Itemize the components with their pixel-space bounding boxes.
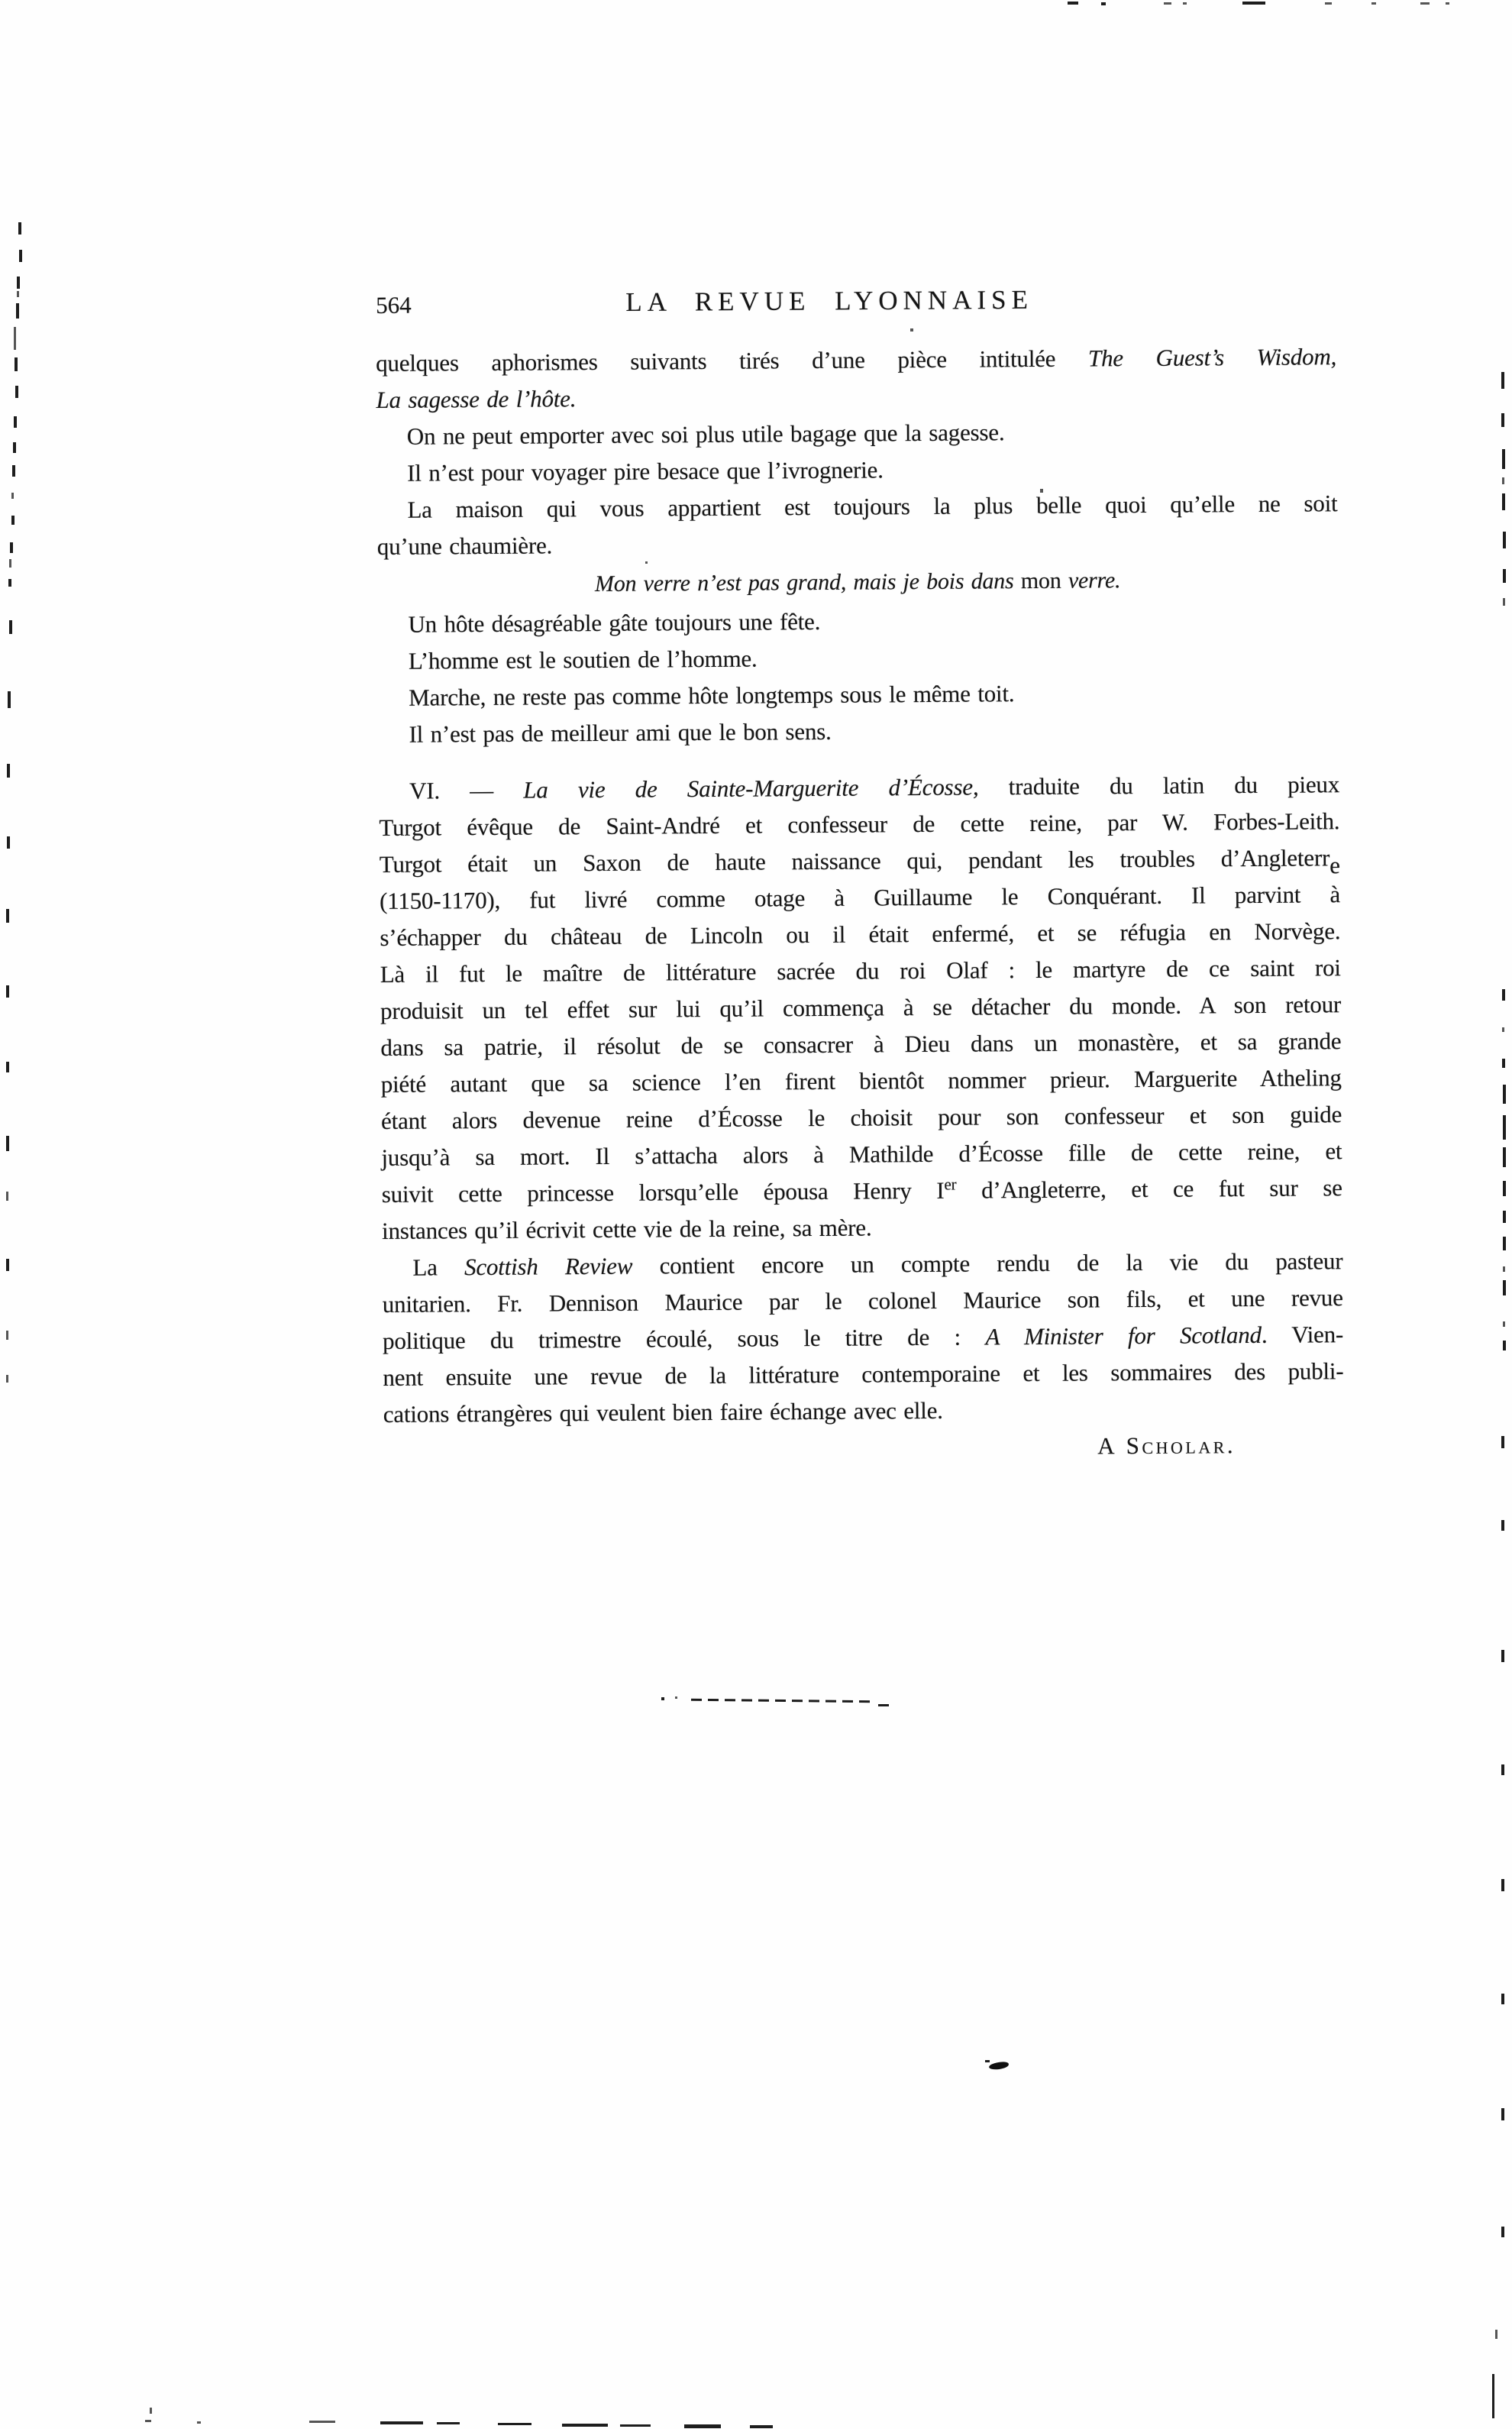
text-line: Il n’est pour voyager pire besace que l’… — [376, 448, 1337, 492]
scan-artifact-left-tick — [6, 985, 9, 998]
proverb-line: Mon verre n’est pas grand, mais je bois … — [377, 561, 1338, 604]
text-line: Un hôte désagréable gâte toujours une fê… — [377, 600, 1338, 643]
text-segment: qu’une chaumière. — [377, 532, 553, 560]
scan-artifact-left-tick — [13, 442, 16, 453]
scan-artifact-right-tick — [1502, 1059, 1505, 1068]
scan-artifact-right-tick — [1502, 1027, 1504, 1032]
text-segment: produisit un tel effet sur lui qu’il com… — [380, 991, 1341, 1024]
text-line: VI. — La vie de Sainte-Marguerite d’Écos… — [379, 766, 1339, 810]
text-segment: Un hôte désagréable gâte toujours une fê… — [408, 608, 820, 638]
scan-artifact-left-tick — [8, 691, 11, 708]
text-line: nent ensuite une revue de la littérature… — [383, 1353, 1343, 1396]
scan-artifact-left-tick — [16, 303, 19, 319]
scan-artifact-right-tick — [1503, 532, 1506, 548]
scanned-page: { "page": { "number": "564", "journal_ti… — [0, 0, 1512, 2429]
scan-artifact-bottom-dash — [620, 2424, 651, 2427]
scan-artifact-left-tick — [14, 416, 17, 428]
aphorism: L’homme est le soutien de l’homme. — [378, 636, 1339, 680]
scan-artifact-right-tick — [1501, 1879, 1504, 1891]
page-header: 564 LA REVUE LYONNAISE — [376, 283, 1336, 327]
scan-artifact-right-tick — [1501, 2227, 1504, 2237]
scan-artifact-right-tick — [1501, 1650, 1504, 1662]
scan-artifact-right-tick — [1503, 1321, 1505, 1327]
text-segment: d’Angleterre, et ce fut sur se — [956, 1174, 1342, 1204]
scan-artifact-bottom-dash — [437, 2422, 460, 2424]
scan-artifact-right-tick — [1503, 598, 1505, 606]
text-line: étant alors devenue reine d’Écosse le ch… — [381, 1096, 1342, 1140]
scan-artifact-right-tick — [1503, 1147, 1506, 1167]
aphorism: Un hôte désagréable gâte toujours une fê… — [377, 600, 1338, 643]
text-segment: piété autant que sa science l’en firent … — [381, 1064, 1342, 1098]
scan-artifact-top-dash — [1371, 2, 1376, 5]
text-segment: traduite du latin du pieux — [978, 771, 1339, 800]
text-segment: s’échapper du château de Lincoln ou il é… — [380, 917, 1340, 951]
scan-artifact-left-tick — [10, 542, 13, 553]
text-line: Turgot évêque de Saint-André et confesse… — [379, 803, 1339, 846]
text-line: La maison qui vous appartient est toujou… — [376, 485, 1337, 529]
text-line: Là il fut le maître de littérature sacré… — [380, 949, 1341, 993]
text-segment: nent ensuite une revue de la littérature… — [383, 1357, 1343, 1391]
scan-artifact-right-tick — [1501, 2108, 1504, 2120]
text-body: quelques aphorismes suivants tirés d’une… — [376, 338, 1344, 1465]
scan-artifact-speck — [1040, 489, 1043, 493]
text-segment: suivit cette princesse lorsqu’elle épous… — [382, 1177, 945, 1208]
scan-artifact-left-tick — [9, 620, 12, 634]
text-segment: La maison qui vous appartient est toujou… — [407, 490, 1337, 523]
scan-artifact-top-dash — [1101, 2, 1106, 5]
text-segment: instances qu’il écrivit cette vie de la … — [382, 1214, 872, 1244]
text-line: Turgot était un Saxon de haute naissance… — [380, 839, 1340, 883]
text-segment: On ne peut emporter avec soi plus utile … — [407, 419, 1005, 449]
journal-title: LA REVUE LYONNAISE — [376, 283, 1283, 319]
text-line: cations étrangères qui veulent bien fair… — [383, 1389, 1344, 1433]
scan-artifact-speck — [675, 1696, 677, 1699]
text-segment: (1150-1170), fut livré comme otage à Gui… — [380, 881, 1340, 914]
text-line: quelques aphorismes suivants tirés d’une… — [376, 338, 1336, 382]
text-line: dans sa patrie, il résolut de se consacr… — [380, 1023, 1341, 1066]
scan-artifact-bottom-dash — [150, 2408, 152, 2414]
text-segment: L’homme est le soutien de l’homme. — [409, 645, 758, 674]
scan-artifact-right-tick — [1501, 1994, 1504, 2004]
text-segment: e — [1329, 852, 1340, 878]
italic-text: A Minister for Scotland — [985, 1321, 1262, 1350]
scan-artifact-bottom-dash — [309, 2421, 335, 2423]
scan-artifact-bottom-dash — [197, 2421, 201, 2424]
text-segment: Là il fut le maître de littérature sacré… — [380, 954, 1341, 988]
scan-artifact-bottom-dash — [684, 2424, 721, 2428]
scan-artifact-left-tick — [6, 1062, 9, 1072]
italic-text: The Guest’s Wisdom, — [1088, 343, 1336, 371]
scan-artifact-right-tick — [1503, 1280, 1506, 1295]
scan-artifact-right-tick — [1501, 372, 1504, 389]
scan-artifact-left-tick — [8, 579, 11, 587]
italic-text: Scottish Review — [464, 1253, 632, 1281]
scan-artifact-left-tick — [7, 836, 10, 849]
aphorism: Marche, ne reste pas comme hôte longtemp… — [378, 673, 1339, 716]
scan-artifact-left-tick — [11, 516, 15, 525]
notice-vi: VI. — La vie de Sainte-Marguerite d’Écos… — [379, 766, 1342, 1250]
scan-artifact-right-tick — [1503, 1341, 1506, 1350]
scan-artifact-ink-blob — [989, 2061, 1010, 2071]
scan-artifact-bottom-dash — [498, 2423, 531, 2425]
text-line: Mon verre n’est pas grand, mais je bois … — [377, 561, 1338, 604]
text-line: piété autant que sa science l’en firent … — [381, 1059, 1342, 1103]
text-line: produisit un tel effet sur lui qu’il com… — [380, 986, 1341, 1030]
text-segment: Il n’est pas de meilleur ami que le bon … — [409, 718, 831, 748]
scan-artifact-left-tick — [17, 277, 20, 289]
scan-artifact-right-tick — [1502, 989, 1505, 1001]
scan-artifact-right-tick — [1503, 1237, 1506, 1250]
scan-artifact-left-tick — [7, 764, 10, 778]
text-line: La sagesse de l’hôte. — [376, 375, 1336, 419]
text-line: suivit cette princesse lorsqu’elle épous… — [382, 1169, 1342, 1213]
scan-artifact-right-tick — [1503, 1085, 1506, 1104]
text-segment: Turgot était un Saxon de haute naissance… — [380, 844, 1330, 878]
intro-paragraph: quelques aphorismes suivants tirés d’une… — [376, 338, 1337, 419]
text-segment: Il n’est pour voyager pire besace que l’… — [407, 456, 884, 486]
scan-artifact-right-tick — [1501, 1520, 1504, 1531]
text-line: Il n’est pas de meilleur ami que le bon … — [378, 710, 1339, 753]
signature: A Scholar. — [383, 1431, 1344, 1465]
scan-artifact-top-dash — [1325, 2, 1332, 5]
scan-artifact-left-tick — [6, 909, 9, 923]
scan-artifact-top-dash — [1164, 2, 1171, 5]
italic-text: verre. — [1068, 568, 1121, 593]
text-segment: La — [412, 1253, 464, 1280]
scan-artifact-top-dash — [1068, 2, 1078, 5]
text-line: instances qu’il écrivit cette vie de la … — [382, 1206, 1342, 1250]
text-segment: . Vien- — [1262, 1321, 1343, 1348]
text-line: jusqu’à sa mort. Il s’attacha alors à Ma… — [381, 1133, 1342, 1176]
aphorism: La maison qui vous appartient est toujou… — [376, 485, 1338, 565]
text-line: La Scottish Review contient encore un co… — [382, 1243, 1342, 1286]
text-line: qu’une chaumière. — [377, 522, 1338, 565]
aphorism: Il n’est pour voyager pire besace que l’… — [376, 448, 1337, 492]
scan-artifact-right-tick — [1501, 413, 1504, 427]
notice-scottish-review: La Scottish Review contient encore un co… — [382, 1243, 1344, 1433]
scan-artifact-speck — [645, 561, 648, 564]
text-line: L’homme est le soutien de l’homme. — [378, 636, 1339, 680]
text-segment: er — [944, 1175, 956, 1193]
scan-artifact-left-tick — [12, 465, 15, 477]
scan-artifact-left-tick — [6, 1192, 8, 1201]
text-line: (1150-1170), fut livré comme otage à Gui… — [380, 876, 1340, 920]
scan-artifact-top-dash — [1420, 2, 1430, 5]
scan-artifact-right-line — [1492, 2374, 1494, 2418]
scan-artifact-dash — [878, 1704, 889, 1706]
scan-artifact-right-tick — [1502, 493, 1505, 510]
scan-artifact-right-tick — [1502, 449, 1505, 469]
text-line: unitarien. Fr. Dennison Maurice par le c… — [383, 1279, 1343, 1323]
scan-artifact-bottom-dash — [380, 2421, 423, 2424]
scan-artifact-bottom-dash — [750, 2425, 773, 2428]
scan-artifact-top-dash — [1183, 2, 1187, 5]
text-segment: unitarien. Fr. Dennison Maurice par le c… — [383, 1284, 1343, 1318]
italic-text: La vie de Sainte-Marguerite d’Écosse, — [523, 774, 978, 804]
aphorism: Il n’est pas de meilleur ami que le bon … — [378, 710, 1339, 753]
scan-artifact-left-tick — [15, 357, 18, 371]
scan-artifact-left-tick — [6, 1375, 8, 1383]
scan-artifact-bottom-dash — [145, 2420, 151, 2422]
scan-artifact-right-tick — [1501, 1764, 1504, 1775]
scan-artifact-right-tick — [1503, 1211, 1506, 1223]
scan-artifact-right-tick — [1501, 1436, 1504, 1448]
scan-artifact-right-tick — [1502, 477, 1504, 484]
text-line: politique du trimestre écoulé, sous le t… — [383, 1316, 1343, 1360]
scan-artifact-left-tick — [17, 291, 19, 297]
scan-artifact-top-dash — [1446, 2, 1449, 5]
text-segment: dans sa patrie, il résolut de se consacr… — [380, 1027, 1341, 1061]
scan-artifact-left-tick — [6, 1136, 9, 1151]
scan-artifact-left-tick — [9, 559, 11, 568]
scan-artifact-right-tick — [1503, 1115, 1506, 1140]
scan-artifact-left-tick — [11, 493, 14, 499]
scan-artifact-right-tick — [1503, 569, 1506, 583]
text-segment: étant alors devenue reine d’Écosse le ch… — [381, 1101, 1342, 1134]
text-segment: politique du trimestre écoulé, sous le t… — [383, 1323, 986, 1354]
text-segment: VI. — — [409, 777, 523, 804]
text-segment: cations étrangères qui veulent bien fair… — [383, 1397, 943, 1428]
scan-artifact-speck — [910, 328, 913, 332]
scan-artifact-right-tick — [1503, 1181, 1506, 1196]
scan-artifact-left-tick — [18, 222, 21, 234]
scan-artifact-left-tick — [19, 250, 22, 262]
scan-artifact-left-tick — [6, 1259, 9, 1271]
scan-artifact-left-tick — [15, 386, 18, 398]
scan-artifact-speck — [985, 2060, 990, 2062]
scan-artifact-speck — [661, 1697, 664, 1700]
text-segment: mon — [1021, 568, 1068, 594]
scan-artifact-right-tick — [1503, 1266, 1505, 1272]
scan-artifact-dashed-line — [691, 1699, 876, 1703]
scan-artifact-right-tick — [1495, 2330, 1497, 2339]
aphorism: On ne peut emporter avec soi plus utile … — [376, 412, 1337, 455]
text-line: Marche, ne reste pas comme hôte longtemp… — [378, 673, 1339, 716]
scan-artifact-top-dash — [1242, 2, 1265, 5]
scan-artifact-left-tick — [6, 1331, 8, 1340]
text-segment: Turgot évêque de Saint-André et confesse… — [379, 807, 1339, 841]
text-segment: jusqu’à sa mort. Il s’attacha alors à Ma… — [381, 1137, 1342, 1171]
text-segment: quelques aphorismes suivants tirés d’une… — [376, 344, 1088, 377]
text-line: On ne peut emporter avec soi plus utile … — [376, 412, 1337, 455]
text-segment: Marche, ne reste pas comme hôte longtemp… — [409, 680, 1014, 711]
text-segment: contient encore un compte rendu de la vi… — [632, 1247, 1342, 1279]
italic-text: Mon verre n’est pas grand, mais je bois … — [595, 568, 1021, 597]
text-line: s’échapper du château de Lincoln ou il é… — [380, 913, 1340, 956]
italic-text: La sagesse de l’hôte. — [376, 385, 576, 413]
scan-artifact-bottom-dash — [562, 2424, 608, 2427]
scan-artifact-left-tick — [14, 327, 16, 350]
